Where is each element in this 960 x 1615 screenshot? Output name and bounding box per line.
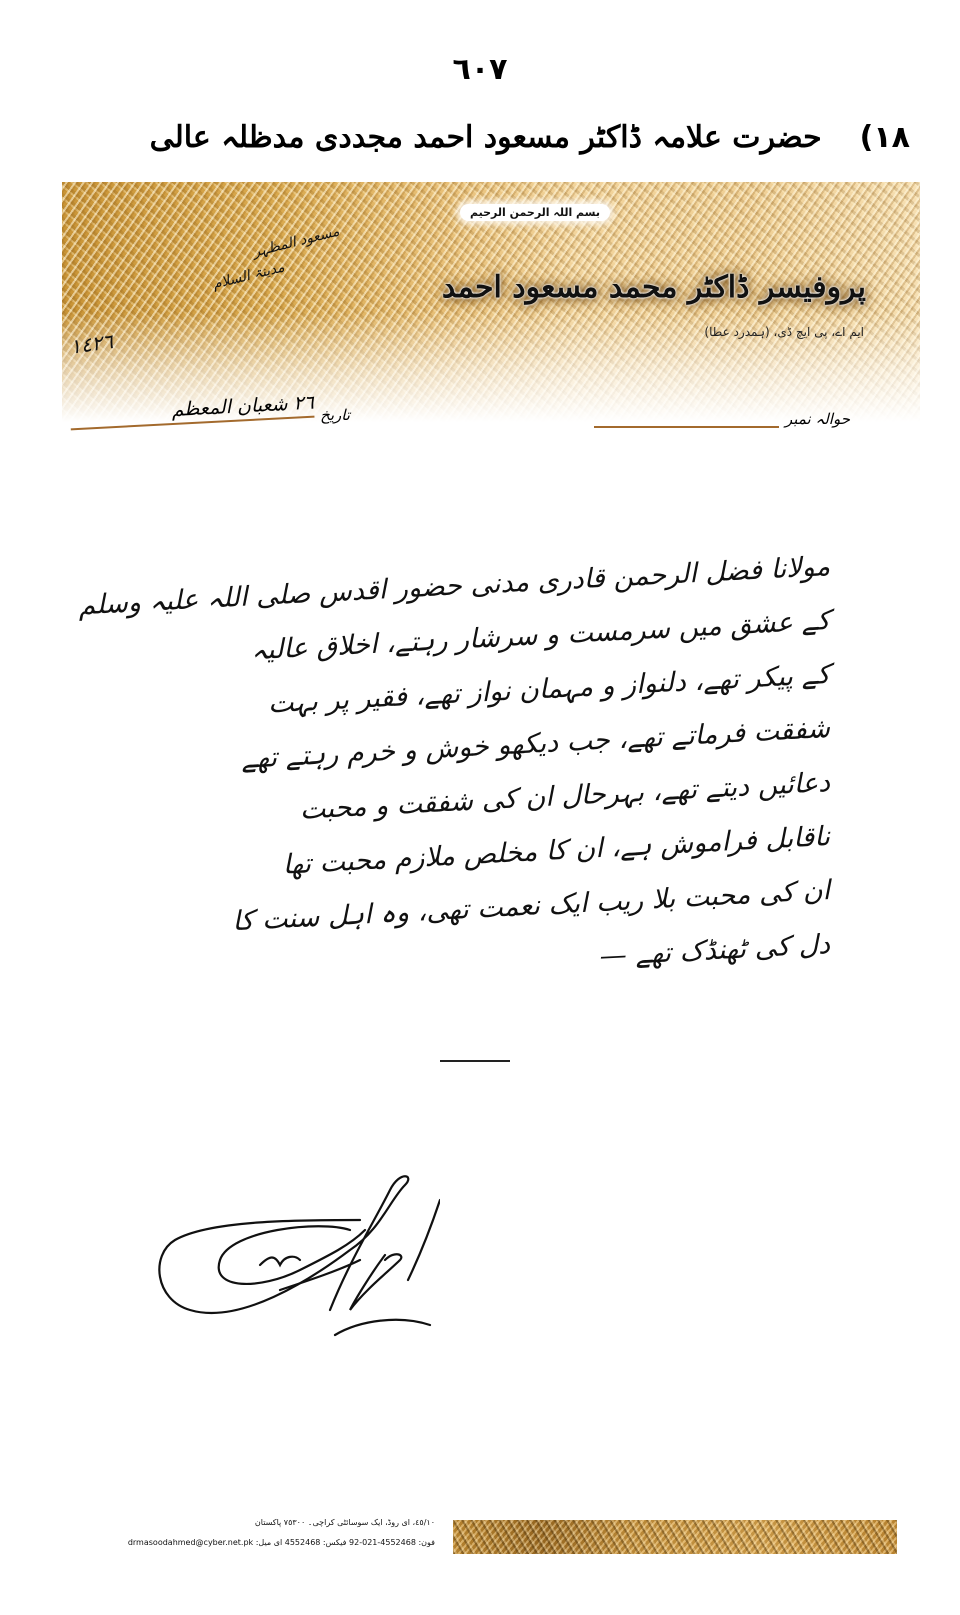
reference-line bbox=[594, 412, 779, 428]
date-label: تاریخ bbox=[320, 406, 350, 424]
date-value: ٢٦ شعبان المعظم bbox=[69, 392, 314, 431]
reference-field: حوالہ نمبر bbox=[594, 410, 850, 428]
reference-label: حوالہ نمبر bbox=[785, 410, 850, 428]
entry-heading: ١٨) حضرت علامہ ڈاکٹر مسعود احمد مجددی مد… bbox=[150, 120, 910, 155]
page-number: ٦٠٧ bbox=[0, 52, 960, 87]
signature-scribble-icon: احقر محمد مسعود احمد bbox=[150, 1160, 440, 1340]
footer-gold-band bbox=[453, 1520, 897, 1554]
closing-dash bbox=[440, 1060, 510, 1062]
signature: احقر محمد مسعود احمد bbox=[150, 1160, 440, 1340]
letterhead: بسم اللہ الرحمن الرحیم پروفیسر ڈاکٹر محم… bbox=[62, 182, 920, 422]
footer-contact: فون: 4552468-021-92 فیکس: 4552468 ای میل… bbox=[105, 1538, 435, 1547]
footer: ٤٥/١٠، ای روڈ، ایک سوسائٹی کراچی۔ ٧٥٣٠٠ … bbox=[105, 1518, 925, 1558]
date-field: تاریخ ٢٦ شعبان المعظم bbox=[70, 398, 350, 424]
footer-address: ٤٥/١٠، ای روڈ، ایک سوسائٹی کراچی۔ ٧٥٣٠٠ … bbox=[105, 1518, 435, 1527]
entry-number: ١٨) bbox=[860, 120, 910, 155]
entry-title: حضرت علامہ ڈاکٹر مسعود احمد مجددی مدظلہ … bbox=[150, 120, 822, 155]
emblem-bismillah: بسم اللہ الرحمن الرحیم bbox=[460, 204, 610, 221]
letter-body: مولانا فضل الرحمن قادری مدنی حضور اقدس ص… bbox=[120, 540, 830, 972]
sender-credentials: ایم اے، پی ایچ ڈی، (ہمدرد عطا) bbox=[704, 325, 864, 339]
sender-name: پروفیسر ڈاکٹر محمد مسعود احمد bbox=[442, 270, 866, 305]
